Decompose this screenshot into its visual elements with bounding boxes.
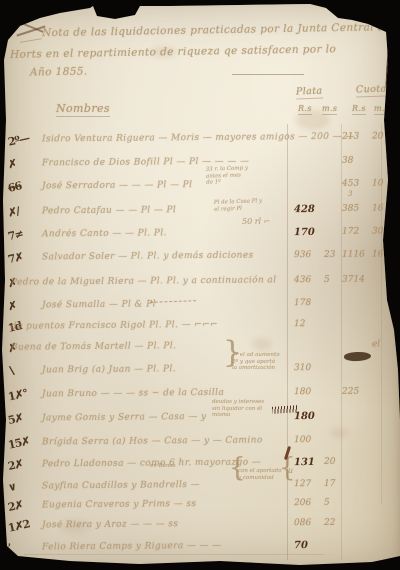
entry-name: Buena de Tomás Martell — Pl. Pl. bbox=[11, 341, 176, 352]
amount-cuota-ms: 10 bbox=[372, 178, 390, 188]
header-nombres: Nombres bbox=[56, 102, 110, 117]
ledger-row: 2✗ Eugenia Craveros y Prims — ss 206 5 bbox=[0, 497, 398, 516]
tally-mark: 2✗ bbox=[7, 457, 24, 473]
tally-mark: 1✗° bbox=[7, 387, 29, 404]
entry-name: Jayme Gomis y Serra — Casa — y bbox=[42, 412, 207, 423]
tally-mark: 66 bbox=[7, 179, 23, 195]
note-line: 3 bbox=[348, 191, 352, 198]
ledger-row: 15✗ Brígida Serra (a) Hos — Casa — y — C… bbox=[0, 434, 398, 453]
entry-name: Salvador Soler — Pl. Pl. y demás adicion… bbox=[42, 251, 254, 263]
tally-mark: ʼ bbox=[7, 542, 13, 555]
title-rule bbox=[232, 74, 304, 75]
amount-cuota-rs: 172 bbox=[342, 226, 372, 236]
amount-plata-rs: 70 bbox=[294, 540, 322, 551]
header-cuota: Cuota bbox=[356, 83, 387, 97]
amount-plata-rs: 428 bbox=[294, 204, 322, 215]
amount-cuota-rs: 225 bbox=[342, 386, 372, 396]
amount-cuota-ms: el bbox=[372, 339, 390, 349]
subheader-rs-2: R.s bbox=[352, 104, 366, 115]
amount-plata-rs: 131 bbox=[294, 457, 322, 468]
ledger-row: 1d de puentos Francisco Rigol Pl. Pl. — … bbox=[0, 318, 398, 337]
tally-mark: 2✗ bbox=[7, 498, 24, 514]
note-line: 50 rl ⌐ bbox=[242, 219, 270, 226]
marginal-note: en Banos bbox=[150, 463, 176, 470]
entry-name: José Sumalla — Pl & Pl bbox=[42, 299, 156, 310]
entry-name: José Riera y Aroz — — — ss bbox=[42, 519, 178, 530]
amount-plata-rs: 310 bbox=[294, 363, 322, 373]
marginal-note: { con el aportadoy comunidad bbox=[238, 468, 282, 481]
ledger-row: ∖ Juan Brig (a) Juan — Pl. Pl. 310 bbox=[0, 362, 398, 381]
tally-mark: 1✗2 bbox=[7, 517, 31, 534]
note-line: mismo bbox=[212, 412, 264, 419]
ledger-row: 5✗ Jayme Gomis y Serra — Casa — y 180 bbox=[0, 410, 398, 429]
ledger-row: 7≠ Andrés Canto — — Pl. Pl. 170 172 30 bbox=[0, 226, 398, 245]
ledger-row: 2✗ Pedro Lladonosa — como 6 hr. mayorazg… bbox=[0, 456, 398, 475]
pencil-year: 1855 bbox=[338, 5, 362, 17]
ledger-row: ✗ José Sumalla — Pl & Pl 178 bbox=[0, 297, 398, 316]
entry-name: de puentos Francisco Rigol Pl. Pl. — ⌐⌐⌐ bbox=[11, 320, 218, 332]
amount-plata-rs: 12 bbox=[294, 319, 322, 329]
tally-mark: 15✗ bbox=[7, 434, 31, 451]
amount-plata-rs: 936 bbox=[294, 250, 322, 260]
manuscript-page: 1855 Nota de las liquidaciones practicad… bbox=[0, 0, 400, 570]
entry-name: Juan Brig (a) Juan — Pl. Pl. bbox=[42, 364, 176, 375]
amount-plata-ms: 23 bbox=[324, 250, 342, 260]
amount-cuota-rs: 3714 bbox=[342, 274, 372, 284]
amount-cuota-rs: 1116 bbox=[342, 249, 372, 259]
entry-name: José Serradora — — — Pl — Pl bbox=[42, 180, 192, 191]
ledger-row: ∨ Sayfina Cuadillos y Bandrells — 127 17 bbox=[0, 478, 398, 497]
amount-cuota-ms: 30 bbox=[372, 226, 390, 236]
note-line: deudas y intereses bbox=[212, 399, 264, 406]
marginal-note: 50 rl ⌐ bbox=[242, 219, 270, 226]
amount-plata-rs: 127 bbox=[294, 479, 322, 489]
amount-cuota-ms: 16 bbox=[372, 249, 390, 259]
marginal-note: 3 bbox=[348, 191, 352, 198]
entry-name: Felio Riera Camps y Riguera — — — bbox=[42, 541, 222, 553]
tally-mark: 7✗ bbox=[7, 250, 24, 266]
brace-mark: } bbox=[223, 350, 242, 357]
amount-plata-ms: 20 bbox=[324, 457, 342, 467]
amount-plata-rs: 086 bbox=[294, 518, 322, 528]
tally-mark: ✗ bbox=[7, 299, 18, 313]
entry-name: Sayfina Cuadillos y Bandrells — bbox=[42, 480, 200, 491]
amount-plata-rs: 170 bbox=[294, 227, 322, 238]
amount-plata-rs: 436 bbox=[294, 275, 322, 285]
pen-flourish bbox=[20, 38, 42, 43]
amount-plata-ms: 5 bbox=[324, 498, 342, 508]
ledger-row: ✗ Pedro de la Miguel Riera — Pl. Pl. y a… bbox=[0, 274, 398, 293]
ledger-row: ʼ Felio Riera Camps y Riguera — — — 70 bbox=[0, 539, 398, 558]
amount-cuota-rs: 385 bbox=[342, 203, 372, 213]
amount-cuota-rs: 38 bbox=[342, 155, 372, 165]
ledger-row: 1✗2 José Riera y Aroz — — — ss 086 22 bbox=[0, 517, 398, 536]
tally-mark: 7≠ bbox=[7, 227, 24, 243]
marginal-note: { u bbox=[288, 468, 293, 475]
amount-cuota-ms: 16 bbox=[372, 203, 390, 213]
amount-plata-rs: 180 bbox=[294, 387, 322, 397]
entry-name: Pedro de la Miguel Riera — Pl. Pl. y a c… bbox=[11, 275, 277, 287]
amount-plata-ms: 5 bbox=[324, 275, 342, 285]
ledger-row: 1✗° Juan Bruno — — — ss ~ de la Casilla … bbox=[0, 386, 398, 405]
amount-plata-rs: 100 bbox=[294, 435, 322, 445]
entry-name: Eugenia Craveros y Prims — ss bbox=[42, 499, 197, 510]
ledger-row: 2º— Isidro Ventura Riguera — Moris — may… bbox=[0, 131, 398, 150]
marginal-note: Pl de la Casa Pl yel regir Pl bbox=[214, 198, 263, 213]
ledger-row: 66 José Serradora — — — Pl — Pl 453 10 bbox=[0, 178, 398, 197]
tally-mark: ✗∕ bbox=[7, 205, 21, 220]
amount-plata-rs: 178 bbox=[294, 298, 322, 308]
header-plata: Plata bbox=[296, 86, 323, 100]
subheader-ms-1: m.s bbox=[322, 104, 337, 115]
entry-name: Pedro Catafau — — Pl — Pl bbox=[42, 205, 176, 216]
tally-mark: ✗ bbox=[7, 157, 18, 171]
entry-name: Isidro Ventura Riguera — Moris — mayores… bbox=[42, 132, 355, 145]
note-line: en Banos bbox=[150, 463, 176, 470]
ledger-row: ✗∕ Pedro Catafau — — Pl — Pl 428 385 16 bbox=[0, 203, 398, 222]
binding-edge bbox=[384, 26, 400, 318]
entry-name: Juan Bruno — — — ss ~ de la Casilla bbox=[42, 388, 224, 400]
marginal-note: deudas y interesessin liquidar con élmis… bbox=[212, 399, 264, 419]
marginal-note: } 1º el ad aumento2º y que aportóla amor… bbox=[232, 352, 280, 372]
ledger-row: ✗ Buena de Tomás Martell — Pl. Pl. el bbox=[0, 339, 398, 358]
brace-mark: { bbox=[279, 465, 296, 472]
tally-mark: ∖ bbox=[7, 364, 16, 378]
ledger-row: ✗ Francisco de Dios Bofill Pl — Pl — — —… bbox=[0, 155, 398, 174]
subheader-ms-2: m.s bbox=[374, 104, 389, 115]
brace-mark: { bbox=[229, 465, 246, 472]
marginal-note: 33 r. la Comp yantes el mesde 1º bbox=[206, 165, 249, 186]
amount-cuota-ms: 20 bbox=[372, 131, 390, 141]
amount-plata-ms: 17 bbox=[324, 479, 342, 489]
ledger-row: 7✗ Salvador Soler — Pl. Pl. y demás adic… bbox=[0, 249, 398, 268]
amount-cuota-rs: 213 bbox=[342, 131, 372, 141]
amount-plata-rs: 206 bbox=[294, 498, 322, 508]
tally-mark: 2º— bbox=[7, 131, 30, 148]
tally-mark: 5✗ bbox=[7, 411, 24, 427]
subheader-rs-1: R.s bbox=[298, 104, 312, 115]
title-line-2: Horts en el repartimiento de riqueza qe … bbox=[10, 43, 336, 61]
amount-cuota-rs: 453 bbox=[342, 178, 372, 188]
amount-plata-ms: 22 bbox=[324, 518, 342, 528]
entry-name: Andrés Canto — — Pl. Pl. bbox=[42, 228, 167, 239]
amount-plata-rs: 180 bbox=[294, 411, 322, 422]
title-line-3: Año 1855. bbox=[30, 65, 88, 78]
title-line-1: Nota de las liquidaciones practicadas po… bbox=[42, 21, 400, 39]
entry-name: Brígida Serra (a) Hos — Casa — y — Camin… bbox=[42, 435, 263, 447]
tally-mark: ∨ bbox=[7, 480, 18, 494]
ink-blot bbox=[344, 351, 371, 361]
bottom-pencil-line bbox=[24, 554, 324, 555]
